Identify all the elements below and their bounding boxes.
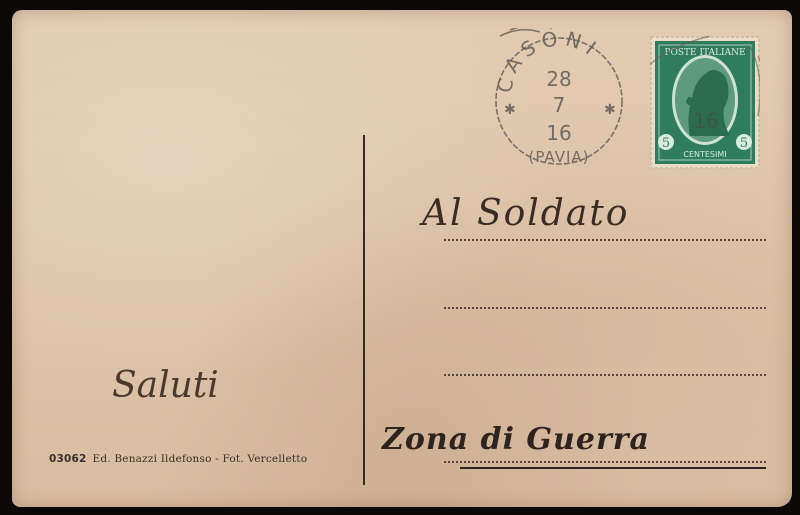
address-underline: [460, 467, 766, 469]
address-rule-4: [444, 461, 766, 463]
publisher-number: 03062: [49, 453, 87, 465]
stamp-top-text: POSTE ITALIANE: [664, 48, 745, 58]
stamp-bottom-text: CENTESIMI: [683, 150, 726, 159]
postmark-year: 16: [546, 121, 571, 145]
address-line-1: Al Soldato: [422, 193, 629, 234]
star-icon: ✱: [604, 102, 616, 118]
postmark-month: 7: [553, 93, 566, 117]
postmark-day: 28: [546, 67, 571, 91]
address-rule-2: [444, 307, 766, 309]
stamp-value-left: 5: [662, 136, 670, 151]
star-icon: ✱: [504, 102, 516, 118]
center-divider: [363, 135, 365, 485]
publisher-text: Ed. Benazzi Ildefonso - Fot. Vercelletto: [93, 453, 308, 465]
address-rule-3: [444, 374, 766, 376]
publisher-imprint: 03062Ed. Benazzi Ildefonso - Fot. Vercel…: [49, 453, 307, 465]
postmark-province: (PAVIA): [528, 148, 589, 166]
message-text: Saluti: [112, 365, 219, 406]
address-rule-1: [444, 239, 766, 241]
postmark: CASONI 28 7 16 (PAVIA) ✱ ✱: [490, 28, 628, 166]
postage-stamp: POSTE ITALIANE 5 5 CENTESIMI 16: [650, 36, 760, 169]
address-line-4: Zona di Guerra: [382, 422, 650, 457]
stamp-value-right: 5: [740, 136, 748, 151]
postcard-back: Saluti 03062Ed. Benazzi Ildefonso - Fot.…: [12, 10, 792, 507]
stamp-cancel: 16: [693, 109, 718, 133]
